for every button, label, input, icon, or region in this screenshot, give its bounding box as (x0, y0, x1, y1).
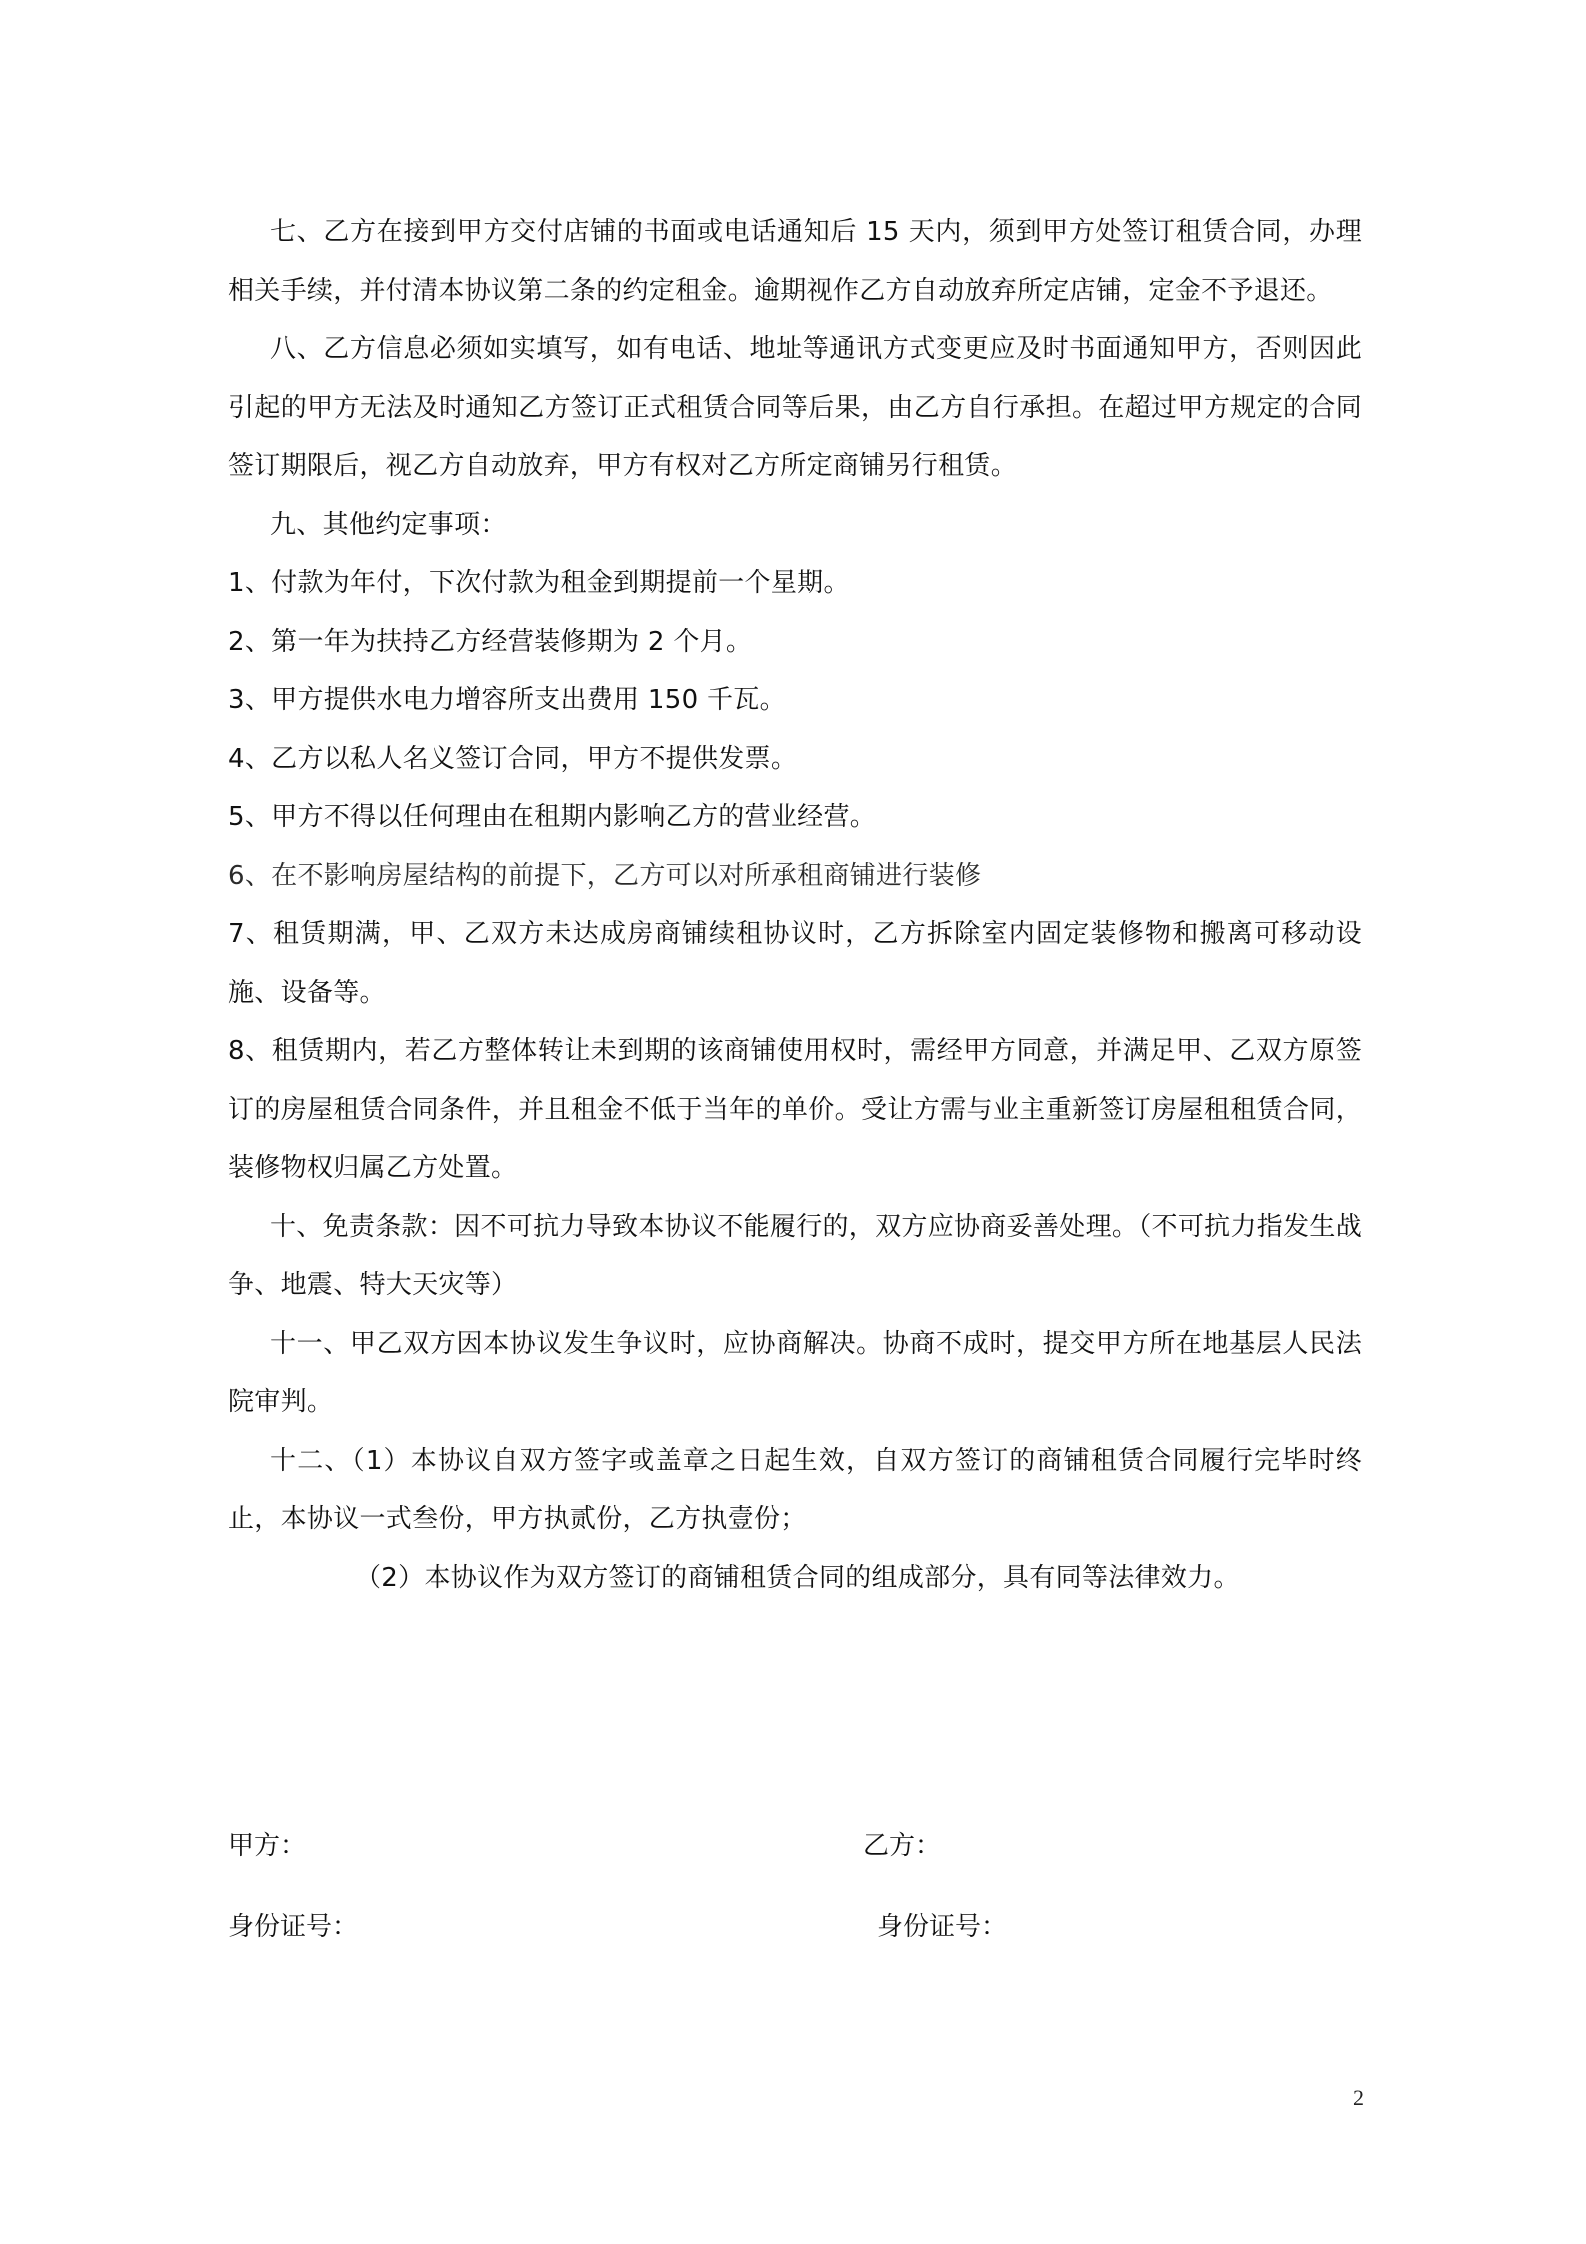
agreement-body: 七、乙方在接到甲方交付店铺的书面或电话通知后 15 天内，须到甲方处签订租赁合同… (228, 203, 1362, 1607)
document-page: 七、乙方在接到甲方交付店铺的书面或电话通知后 15 天内，须到甲方处签订租赁合同… (0, 0, 1586, 2244)
party-a-label: 甲方： (228, 1826, 306, 1866)
clause-9-item-3: 3、甲方提供水电力增容所支出费用 150 千瓦。 (228, 671, 1362, 730)
clause-12-part-2: （2）本协议作为双方签订的商铺租赁合同的组成部分，具有同等法律效力。 (228, 1549, 1362, 1608)
clause-7: 七、乙方在接到甲方交付店铺的书面或电话通知后 15 天内，须到甲方处签订租赁合同… (228, 203, 1362, 320)
clause-9-item-7: 7、租赁期满，甲、乙双方未达成房商铺续租协议时，乙方拆除室内固定装修物和搬离可移… (228, 905, 1362, 1022)
party-b-label: 乙方： (863, 1826, 941, 1866)
clause-9-item-1: 1、付款为年付，下次付款为租金到期提前一个星期。 (228, 554, 1362, 613)
clause-8: 八、乙方信息必须如实填写，如有电话、地址等通讯方式变更应及时书面通知甲方，否则因… (228, 320, 1362, 496)
clause-9-item-4: 4、乙方以私人名义签订合同，甲方不提供发票。 (228, 730, 1362, 789)
clause-9-heading: 九、其他约定事项： (228, 496, 1362, 555)
clause-9-item-8: 8、租赁期内，若乙方整体转让未到期的该商铺使用权时，需经甲方同意，并满足甲、乙双… (228, 1022, 1362, 1198)
page-number: 2 (1353, 2085, 1364, 2111)
party-a-id-label: 身份证号： (228, 1907, 358, 1947)
clause-12-part-1: 十二、（1）本协议自双方签字或盖章之日起生效，自双方签订的商铺租赁合同履行完毕时… (228, 1432, 1362, 1549)
clause-9-item-6: 6、在不影响房屋结构的前提下，乙方可以对所承租商铺进行装修 (228, 847, 1362, 906)
clause-9-item-5: 5、甲方不得以任何理由在租期内影响乙方的营业经营。 (228, 788, 1362, 847)
party-b-id-label: 身份证号： (877, 1907, 1007, 1947)
clause-10: 十、免责条款：因不可抗力导致本协议不能履行的，双方应协商妥善处理。（不可抗力指发… (228, 1198, 1362, 1315)
clause-9-item-2: 2、第一年为扶持乙方经营装修期为 2 个月。 (228, 613, 1362, 672)
clause-11: 十一、甲乙双方因本协议发生争议时，应协商解决。协商不成时，提交甲方所在地基层人民… (228, 1315, 1362, 1432)
